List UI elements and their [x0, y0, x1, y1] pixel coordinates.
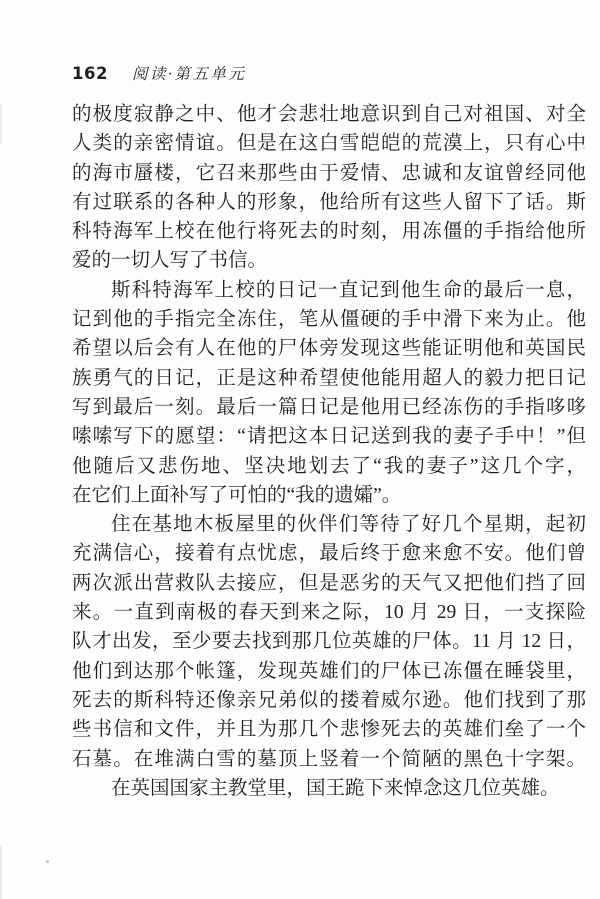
- text-line: 在它们上面补写了可怕的“我的遗孀”。: [72, 481, 586, 510]
- text-line: 人类的亲密情谊。但是在这白雪皑皑的荒漠上，只有心中: [72, 129, 586, 158]
- text-line: 住在基地木板屋里的伙伴们等待了好几个星期，起初: [72, 510, 586, 539]
- scan-speck: [583, 147, 585, 149]
- body-text: 的极度寂静之中、他才会悲壮地意识到自己对祖国、对全 人类的亲密情谊。但是在这白雪…: [72, 100, 586, 803]
- text-line: 嗦嗦写下的愿望：“请把这本日记送到我的妻子手中！”但: [72, 422, 586, 451]
- text-line: 爱的一切人写了书信。: [72, 246, 586, 275]
- text-line: 充满信心，接着有点忧虑，最后终于愈来愈不安。他们曾: [72, 539, 586, 568]
- text-line: 科特海军上校在他行将死去的时刻，用冻僵的手指给他所: [72, 217, 586, 246]
- text-line: 他们到达那个帐篷，发现英雄们的尸体已冻僵在睡袋里，: [72, 657, 586, 686]
- section-title: 阅读·第五单元: [132, 62, 246, 84]
- text-line: 在英国国家主教堂里，国王跪下来悼念这几位英雄。: [72, 774, 586, 803]
- text-line: 的海市蜃楼，它召来那些由于爱情、忠诚和友谊曾经同他: [72, 159, 586, 188]
- book-page: 162 阅读·第五单元 的极度寂静之中、他才会悲壮地意识到自己对祖国、对全 人类…: [0, 0, 600, 899]
- text-line: 死去的斯科特还像亲兄弟似的搂着威尔逊。他们找到了那: [72, 686, 586, 715]
- scan-smudge: [0, 845, 2, 899]
- page-number: 162: [72, 64, 108, 83]
- text-line: 记到他的手指完全冻住，笔从僵硬的手中滑下来为止。他: [72, 305, 586, 334]
- text-line: 队才出发，至少要去找到那几位英雄的尸体。11 月 12 日，: [72, 627, 586, 656]
- text-line: 写到最后一刻。最后一篇日记是他用已经冻伤的手指哆哆: [72, 393, 586, 422]
- text-line: 斯科特海军上校的日记一直记到他生命的最后一息，: [72, 276, 586, 305]
- text-line: 两次派出营救队去接应，但是恶劣的天气又把他们挡了回: [72, 569, 586, 598]
- text-line: 石墓。在堆满白雪的墓顶上竖着一个简陋的黑色十字架。: [72, 745, 586, 774]
- text-line: 的极度寂静之中、他才会悲壮地意识到自己对祖国、对全: [72, 100, 586, 129]
- text-line: 些书信和文件，并且为那几个悲惨死去的英雄们垒了一个: [72, 715, 586, 744]
- text-line: 他随后又悲伤地、坚决地划去了“我的妻子”这几个字，: [72, 452, 586, 481]
- text-line: 有过联系的各种人的形象，他给所有这些人留下了话。斯: [72, 188, 586, 217]
- page-header: 162 阅读·第五单元: [72, 62, 246, 84]
- text-line: 来。一直到南极的春天到来之际，10 月 29 日，一支探险: [72, 598, 586, 627]
- text-line: 族勇气的日记，正是这种希望使他能用超人的毅力把日记: [72, 364, 586, 393]
- scan-speck: [46, 860, 49, 863]
- scan-smudge: [0, 104, 2, 144]
- text-line: 希望以后会有人在他的尸体旁发现这些能证明他和英国民: [72, 334, 586, 363]
